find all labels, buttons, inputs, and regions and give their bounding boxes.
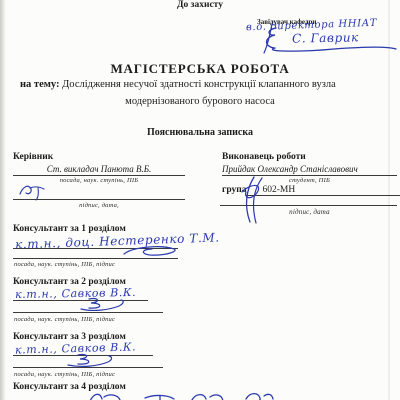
scan-edge-right — [388, 0, 390, 400]
executor-label: Виконавець роботи — [222, 152, 306, 162]
consultant-1-signature — [122, 244, 180, 258]
consultant-2-signature — [75, 297, 127, 312]
consultant-3-sign-line — [13, 367, 163, 368]
subtitle: Пояснювальна записка — [0, 127, 400, 138]
consultant-3-signature — [62, 352, 114, 368]
supervisor-sign-caption: підпис, дата, — [13, 202, 185, 209]
consultant-1-sign-line — [13, 258, 178, 259]
thesis-title-page: До захисту Завідувач кафедри в.о. директ… — [0, 0, 400, 400]
supervisor-name: Ст. викладач Панюта В.Б. — [13, 164, 185, 176]
topic-label: на тему: — [20, 79, 60, 90]
dept-head-signature — [242, 22, 398, 54]
executor-signature — [238, 176, 274, 224]
consultant-3-caption: посада, наук. ступінь, ПІБ, підпис — [14, 371, 115, 378]
consultant-2-sign-line — [13, 312, 163, 313]
consultant-4-handwriting-partial — [60, 391, 280, 400]
executor-sign-caption: підпис, дата — [222, 208, 397, 216]
page-title: МАГІСТЕРСЬКА РОБОТА — [0, 61, 400, 77]
supervisor-sign-line — [13, 199, 185, 200]
consultant-1-caption: посада, наук. ступінь, ПІБ, підпис — [14, 261, 115, 268]
defense-note: До захисту — [0, 0, 400, 10]
executor-name: Прийдак Олександр Станіславович — [222, 164, 397, 176]
topic-line-1: на тему: Дослідження несучої здатності к… — [20, 79, 336, 90]
consultant-2-caption: посада, наук. ступінь, ПІБ, підпис — [14, 316, 115, 323]
scan-edge-left — [0, 0, 6, 400]
supervisor-label: Керівник — [13, 152, 53, 162]
topic-line-2: модернізованого бурового насоса — [0, 96, 400, 107]
executor-sign-line — [220, 205, 397, 206]
consultant-1-label: Консультант за 1 розділом — [13, 224, 126, 234]
topic-text: Дослідження несучої здатності конструкці… — [62, 79, 336, 90]
